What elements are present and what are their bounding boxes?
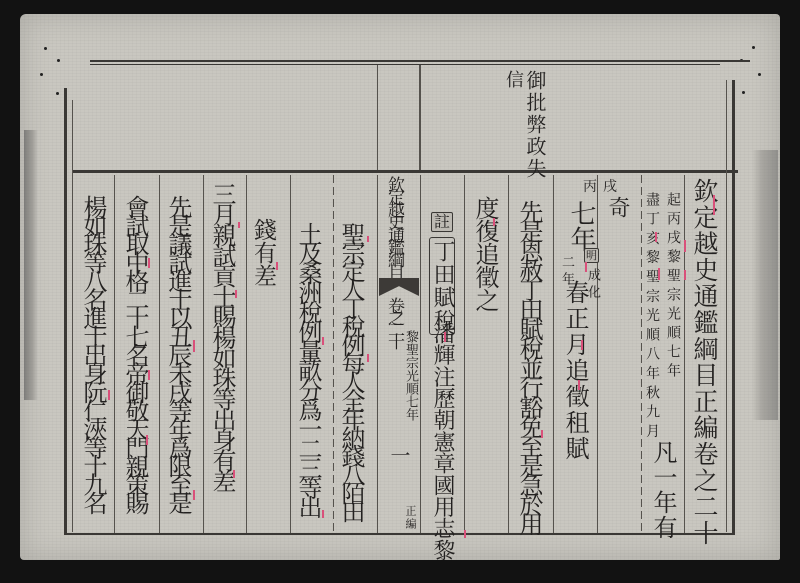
continuation-char: 奇 [606,196,628,218]
red-mark [464,530,466,538]
text-column: 三月親試貢士賜楊如珠等出身有差 [210,182,234,490]
top-rule-inner [90,64,720,65]
book-title: 欽定越史通鑑綱目正編卷之二十 [692,178,717,546]
text-column: 先是議試進士以丑辰未戌等年爲限至是 [166,195,190,510]
continuation-text: 奇 [606,196,628,218]
page-edge-left [24,130,38,400]
block-heart-section: 正編 [405,505,416,531]
annotation-boxed-terms: 丁田賦稅 [429,237,455,335]
binding-hole [758,73,761,76]
red-mark [367,354,369,362]
range-end-note: 盡丁亥黎聖宗光順八年秋九月 [645,192,659,443]
column-divider [290,175,291,533]
text-column: 錢有差 [251,218,274,287]
right-inner-rule [726,80,727,532]
range-start-note: 起丙戌黎聖宗光順七年 [666,192,680,382]
column-divider [203,175,204,533]
header-vline [419,65,421,170]
center-column-divider [420,175,421,533]
red-mark [713,195,715,215]
block-heart-title: 欽定越史通鑑綱目 [385,176,402,276]
column-divider [246,175,247,533]
left-frame-rule [64,88,67,535]
red-mark [581,340,583,350]
center-column-divider [377,175,378,533]
text-column: 先是恩赦丁田賦稅並行豁免至是急於用 [517,200,541,532]
text-column-content: 度復追徵之 [473,196,497,311]
text-column-content: 聖宗定人丁稅例每人全年納錢八陌田 [339,222,363,518]
red-mark [493,218,495,226]
block-heart-reign-text: 黎聖宗光順七年 [404,330,417,421]
red-mark [276,262,278,270]
column-divider [114,175,115,533]
column-divider [553,175,554,533]
column-divider [159,175,160,533]
text-column-content: 錢有差 [251,218,274,287]
year-main-text: 七年 [568,200,594,252]
ming-tag: 明 [584,248,599,263]
annotation-terms: 丁田賦稅 [429,237,455,335]
column-divider [464,175,465,533]
column-divider [684,175,685,533]
red-mark [193,340,195,352]
red-mark [541,430,543,438]
red-mark [684,240,686,252]
block-heart-volume: 卷之二十 [385,297,402,345]
text-column-content: 三月親試貢士賜楊如珠等出身有差 [210,182,234,490]
text-column: 楊如珠等八名進士出身阮仁浹等十九名 [81,195,105,510]
red-mark [233,470,235,478]
range-end-text: 盡丁亥黎聖宗光順八年秋九月 [645,192,659,443]
text-column-content: 先是恩赦丁田賦稅並行豁免至是急於用 [517,200,541,532]
imperial-annotation-side: 信 [504,70,522,88]
text-column-content: 會試取中格二十七名帝御敬天門親策賜 [123,195,147,510]
column-divider [641,175,642,533]
year-small-a: 丙戌 [583,180,623,194]
block-heart-section-text: 正編 [405,505,416,531]
binding-hole [56,92,59,95]
range-summary-text: 凡一年有 [651,440,675,540]
range-start-text: 起丙戌黎聖宗光順七年 [666,192,680,382]
binding-hole [742,91,745,94]
entry-heading: 春正月追徵租賦 [563,280,587,462]
annotation-main-text: 御批弊政失 [525,70,545,180]
red-mark [148,258,150,268]
page-number: 一 [389,445,409,465]
left-inner-rule [72,100,73,532]
red-mark [322,510,324,518]
book-title-column: 欽定越史通鑑綱目正編卷之二十 [692,178,717,546]
block-heart-page: 一 [389,445,409,465]
year-ganzhi: 丙戌 [583,180,623,194]
red-mark [235,290,237,298]
text-column: 聖宗定人丁稅例每人全年納錢八陌田 [339,222,363,518]
text-column: 度復追徵之 [473,196,497,311]
bottom-rule [65,533,735,535]
block-heart-volume-text: 卷之二十 [385,297,402,345]
column-divider [597,175,598,533]
annotation-side-text: 信 [504,70,522,88]
red-mark [148,370,150,380]
red-mark [578,380,580,390]
annotation-body-text: 潘輝注歷朝憲章國用志黎 [431,322,453,561]
entry-heading-text: 春正月追徵租賦 [563,280,587,462]
binding-hole [44,47,47,50]
top-rule-outer [90,60,750,62]
red-mark [193,490,195,500]
annotation-marker: 註 [431,212,453,232]
imperial-annotation: 御批弊政失 [525,70,545,180]
red-mark [658,268,660,280]
block-heart-reign: 黎聖宗光順七年 [404,330,417,421]
text-column-content: 楊如珠等八名進士出身阮仁浹等十九名 [81,195,105,510]
ming-boxed-tag: 明 [584,248,599,263]
red-mark [146,435,148,445]
red-mark [367,236,369,242]
text-column: 會試取中格二十七名帝御敬天門親策賜 [123,195,147,510]
binding-hole [40,73,43,76]
annotation-boxed-marker: 註 [431,212,453,232]
red-mark [585,262,587,272]
text-column-content: 土及桑洲稅例量畝分爲一二三等出 [296,222,320,515]
column-divider [333,175,334,533]
annotation-body: 潘輝注歷朝憲章國用志黎 [431,322,453,561]
column-divider [508,175,509,533]
header-separator-rule [73,170,738,173]
red-mark [322,337,324,345]
binding-hole [752,46,755,49]
page-edge-right [752,150,778,420]
red-mark [108,390,110,400]
red-mark [655,232,657,242]
header-vline [377,65,378,170]
red-mark [444,332,446,342]
year-main: 七年 [568,200,594,252]
red-mark [238,222,240,228]
text-column-content: 先是議試進士以丑辰未戌等年爲限至是 [166,195,190,510]
block-heart-title-text: 欽定越史通鑑綱目 [385,176,402,276]
range-summary: 凡一年有 [651,440,675,540]
text-column: 土及桑洲稅例量畝分爲一二三等出 [296,222,320,515]
binding-hole [57,59,60,62]
red-mark [684,270,686,280]
right-frame-rule [732,80,735,535]
